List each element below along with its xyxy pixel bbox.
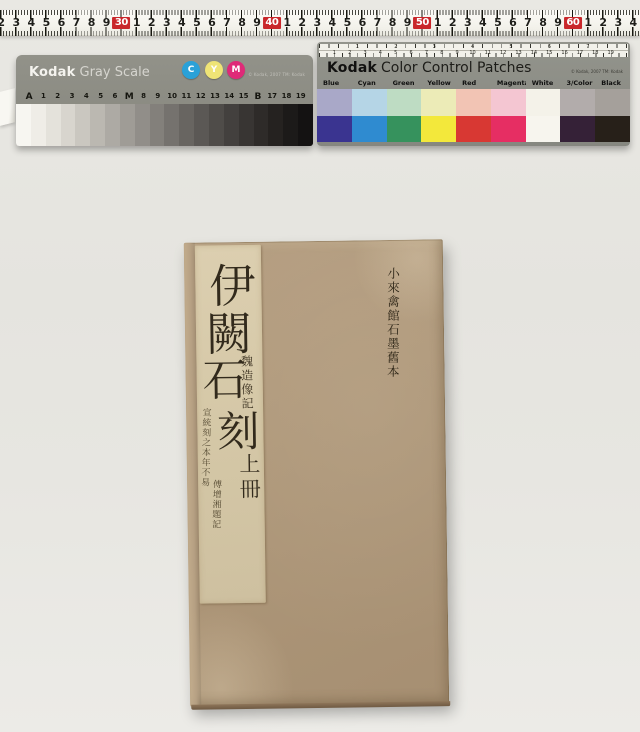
gray-index-label: 10: [165, 92, 179, 102]
ruler-number: 4: [630, 17, 637, 29]
color-patch-solid: [317, 116, 352, 143]
gray-index-label: 17: [265, 92, 279, 102]
gray-index-label: 15: [236, 92, 250, 102]
mini-ruler-cm-number: 10: [469, 51, 475, 56]
mini-ruler-cm-number: 13: [515, 51, 521, 56]
ruler-number: 6: [359, 17, 366, 29]
ruler-number: 3: [464, 17, 471, 29]
color-patch-tint: [387, 89, 422, 116]
ruler-number: 5: [344, 17, 351, 29]
title-label-slip: 伊 闕 石 刻 魏造像記 上冊 宣統刻之本年不易 傅增湘題記: [195, 245, 266, 604]
gray-index-label: M: [122, 92, 136, 102]
mini-ruler-cm-number: 14: [531, 51, 537, 56]
mini-ruler-inch-number: 3: [433, 45, 436, 50]
mini-ruler-cm-number: 3: [363, 51, 366, 56]
ruler-number: 8: [389, 17, 396, 29]
gray-index-label: 13: [208, 92, 222, 102]
gray-card-copyright: © Kodak, 2007 TM: Kodak: [248, 72, 305, 77]
ruler-number: 7: [524, 17, 531, 29]
gray-patch: [46, 104, 61, 146]
gray-patch: [164, 104, 179, 146]
gray-patch: [120, 104, 135, 146]
ruler-decade-number: 60: [564, 17, 582, 29]
gray-index-label: 19: [294, 92, 308, 102]
c-ink-circle: C: [182, 61, 200, 79]
color-card-brand: Kodak: [327, 60, 377, 76]
gray-index-label: 11: [179, 92, 193, 102]
gray-index-label: 1: [36, 92, 50, 102]
gray-patch: [150, 104, 165, 146]
ruler-number: 1: [283, 17, 290, 29]
ruler-number: 3: [12, 17, 19, 29]
gray-patch: [268, 104, 283, 146]
book-cover: 伊 闕 石 刻 魏造像記 上冊 宣統刻之本年不易 傅增湘題記 小來禽館石墨舊本: [184, 239, 449, 707]
cover-inscription: 小來禽館石墨舊本: [386, 267, 399, 383]
ruler-number: 5: [43, 17, 50, 29]
mini-ruler-inch-number: 1: [356, 45, 359, 50]
gray-index-label: 8: [136, 92, 150, 102]
gray-patch: [90, 104, 105, 146]
kodak-color-control-card: 1234567 12345678910111213141516171819 Ko…: [317, 42, 630, 146]
ruler-number: 9: [554, 17, 561, 29]
ruler-number: 4: [178, 17, 185, 29]
gray-index-label: 14: [222, 92, 236, 102]
gray-patch: [31, 104, 46, 146]
title-char-4: 刻: [217, 411, 260, 454]
color-patch-tint: [595, 89, 630, 116]
color-label: Green: [387, 79, 422, 87]
kodak-gray-scale-card: KodakGray Scale CYM © Kodak, 2007 TM: Ko…: [16, 55, 313, 146]
title-char-1: 伊: [209, 263, 256, 310]
mini-ruler-cm-number: 4: [379, 51, 382, 56]
color-label: White: [526, 79, 561, 87]
ruler-number: 4: [28, 17, 35, 29]
ruler-number: 1: [434, 17, 441, 29]
ruler-number: 6: [509, 17, 516, 29]
ruler-number: 1: [584, 17, 591, 29]
color-label: Black: [595, 79, 630, 87]
gray-index-label: 3: [65, 92, 79, 102]
gray-index-row: A123456M89101112131415B171819: [22, 92, 308, 102]
gray-index-label: 9: [151, 92, 165, 102]
mini-ruler-cm-number: 15: [546, 51, 552, 56]
color-tint-row: [317, 89, 630, 116]
gray-patch: [298, 104, 313, 146]
mini-ruler-inch-number: 5: [509, 45, 512, 50]
ruler-number: 4: [329, 17, 336, 29]
mini-ruler: 1234567 12345678910111213141516171819: [319, 44, 628, 57]
m-ink-circle: M: [227, 61, 245, 79]
ruler-number: 6: [58, 17, 65, 29]
color-card-title: KodakColor Control Patches: [327, 61, 531, 76]
gray-patch: [194, 104, 209, 146]
gray-patch: [224, 104, 239, 146]
ruler-number: 6: [208, 17, 215, 29]
ruler-number: 8: [238, 17, 245, 29]
color-patch-tint: [421, 89, 456, 116]
mini-ruler-cm-number: 17: [577, 51, 583, 56]
measuring-tape-ruler: 2345678930123456789401234567895012345678…: [0, 10, 640, 36]
mini-ruler-cm-number: 1: [333, 51, 336, 56]
digitized-photo-scene: 2345678930123456789401234567895012345678…: [0, 0, 640, 732]
color-patch-tint: [456, 89, 491, 116]
color-patch-solid: [352, 116, 387, 143]
gray-index-label: 5: [93, 92, 107, 102]
y-ink-circle: Y: [205, 61, 223, 79]
mini-ruler-cm-number: 9: [456, 51, 459, 56]
color-patch-solid: [456, 116, 491, 143]
title-char-2: 闕: [206, 311, 253, 358]
gray-patch: [239, 104, 254, 146]
color-patch-tint: [317, 89, 352, 116]
color-card-copyright: © Kodak, 2007 TM: Kodak: [571, 69, 623, 74]
gray-patch: [254, 104, 269, 146]
gray-patch: [179, 104, 194, 146]
ruler-decade-number: 50: [413, 17, 431, 29]
ruler-number: 7: [374, 17, 381, 29]
ruler-number: 8: [539, 17, 546, 29]
mini-ruler-cm-number: 11: [485, 51, 491, 56]
color-patch-tint: [526, 89, 561, 116]
color-patch-solid: [387, 116, 422, 143]
ruler-number: 1: [133, 17, 140, 29]
color-label: Cyan: [352, 79, 387, 87]
color-patch-solid: [560, 116, 595, 143]
color-label: Yellow: [421, 79, 456, 87]
ruler-number: 2: [449, 17, 456, 29]
mini-ruler-cm-number: 7: [425, 51, 428, 56]
color-patch-grid: [317, 89, 630, 142]
ruler-number: 7: [223, 17, 230, 29]
title-subtitle: 魏造像記: [240, 355, 253, 411]
color-label: 3/Color: [560, 79, 595, 87]
color-card-name: Color Control Patches: [381, 60, 531, 76]
mini-ruler-cm-number: 19: [607, 51, 613, 56]
ruler-number: 2: [148, 17, 155, 29]
colophon-line-2: 傅增湘題記: [210, 479, 220, 541]
ruler-number: 3: [614, 17, 621, 29]
gray-patch: [283, 104, 298, 146]
color-label: Red: [456, 79, 491, 87]
ruler-number: 2: [298, 17, 305, 29]
ruler-number: 9: [404, 17, 411, 29]
gray-index-label: 12: [194, 92, 208, 102]
color-label: Magenta: [491, 79, 526, 87]
volume-label: 上冊: [238, 453, 260, 503]
mini-ruler-inch-number: 7: [586, 45, 589, 50]
ruler-decade-number: 40: [263, 17, 281, 29]
gray-patch: [75, 104, 90, 146]
gray-index-label: 2: [51, 92, 65, 102]
gray-index-label: 6: [108, 92, 122, 102]
mini-ruler-cm-number: 12: [500, 51, 506, 56]
tape-corner: [0, 88, 15, 126]
gray-patch: [135, 104, 150, 146]
ruler-number: 8: [88, 17, 95, 29]
ruler-number: 5: [494, 17, 501, 29]
gray-index-label: 18: [279, 92, 293, 102]
mini-ruler-cm-number: 16: [561, 51, 567, 56]
gray-patch: [209, 104, 224, 146]
mini-ruler-cm-number: 5: [394, 51, 397, 56]
color-patch-solid: [491, 116, 526, 143]
color-solid-row: [317, 116, 630, 143]
ruler-number: 2: [0, 17, 5, 29]
mini-ruler-cm-number: 8: [440, 51, 443, 56]
mini-ruler-cm-number: 2: [348, 51, 351, 56]
gray-patch: [61, 104, 76, 146]
gray-patch-strip: [16, 104, 313, 146]
color-patch-tint: [560, 89, 595, 116]
ruler-decade-number: 30: [112, 17, 130, 29]
ruler-number: 3: [163, 17, 170, 29]
mini-ruler-cm-number: 18: [592, 51, 598, 56]
color-patch-solid: [526, 116, 561, 143]
gray-patch: [16, 104, 31, 146]
cym-circles: CYM: [16, 55, 313, 85]
color-patch-tint: [352, 89, 387, 116]
gray-index-label: 4: [79, 92, 93, 102]
ruler-number: 4: [479, 17, 486, 29]
ruler-number: 3: [313, 17, 320, 29]
ruler-number: 5: [193, 17, 200, 29]
ruler-number: 7: [73, 17, 80, 29]
color-patch-solid: [421, 116, 456, 143]
color-patch-tint: [491, 89, 526, 116]
color-label: Blue: [317, 79, 352, 87]
color-labels-row: BlueCyanGreenYellowRedMagentaWhite3/Colo…: [317, 79, 630, 87]
ruler-number: 2: [599, 17, 606, 29]
ruler-number: 9: [103, 17, 110, 29]
gray-index-label: A: [22, 92, 36, 102]
colophon-line-1: 宣統刻之本年不易: [199, 407, 210, 503]
mini-ruler-cm-number: 6: [410, 51, 413, 56]
gray-patch: [105, 104, 120, 146]
color-patch-solid: [595, 116, 630, 143]
gray-index-label: B: [251, 92, 265, 102]
ruler-number: 9: [253, 17, 260, 29]
